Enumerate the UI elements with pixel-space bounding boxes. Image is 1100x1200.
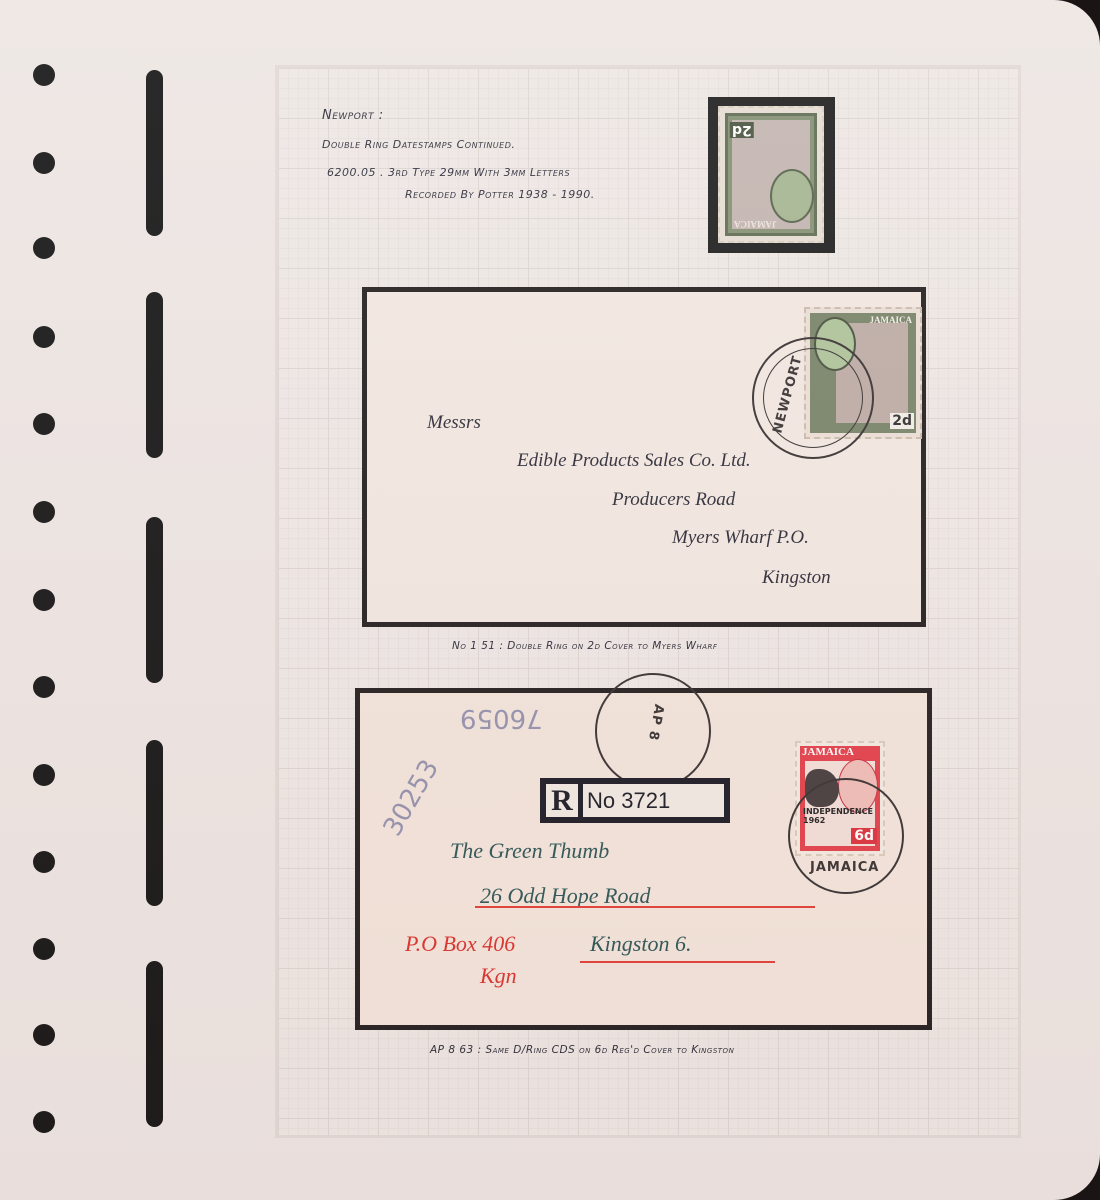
pencil-note: 30253 — [378, 755, 445, 842]
redirect-line: Kgn — [480, 963, 517, 989]
recorded-note: Recorded By Potter 1938 - 1990. — [405, 188, 595, 201]
binder-slot — [146, 517, 163, 683]
newport-postmark: NEWPORT — [752, 337, 874, 459]
cover-2-caption: AP 8 63 : Same D/Ring CDS on 6d Reg'd Co… — [430, 1044, 734, 1056]
loose-stamp-mount: 2d JAMAICA — [708, 97, 835, 253]
stamp-value: 2d — [730, 122, 754, 138]
reference-note: 6200.05 . 3rd Type 29mm With 3mm Letters — [327, 166, 570, 179]
binder-hole — [33, 413, 55, 435]
underline — [580, 961, 775, 963]
address-line: Edible Products Sales Co. Ltd. — [517, 450, 751, 472]
address-line: The Green Thumb — [450, 838, 609, 864]
cover-1: JAMAICA 2d NEWPORT Messrs Edible Product… — [362, 287, 926, 627]
stamp-country: JAMAICA — [734, 219, 777, 229]
binder-hole — [33, 589, 55, 611]
address-line: Myers Wharf P.O. — [672, 527, 809, 549]
address-line: Kingston — [762, 567, 831, 589]
cover-2: 30253 76059 AP 8 R No 3721 JAMAICA INDEP… — [355, 688, 932, 1030]
binder-hole — [33, 501, 55, 523]
binder-hole — [33, 938, 55, 960]
album-page: Newport : Double Ring Datestamps Continu… — [0, 0, 1100, 1200]
loose-stamp: 2d JAMAICA — [718, 106, 824, 243]
binder-hole — [33, 237, 55, 259]
top-postmark: AP 8 — [595, 673, 711, 789]
address-line: Producers Road — [612, 489, 735, 511]
binder-hole — [33, 152, 55, 174]
binder-hole — [33, 676, 55, 698]
cover-1-caption: No 1 51 : Double Ring on 2d Cover to Mye… — [452, 640, 717, 652]
registration-number: No 3721 — [583, 784, 724, 817]
binder-hole — [33, 326, 55, 348]
binder-hole — [33, 764, 55, 786]
binder-slot — [146, 70, 163, 236]
binder-hole — [33, 1024, 55, 1046]
address-line: Kingston 6. — [590, 931, 691, 957]
stamp-country: JAMAICA — [870, 315, 913, 325]
strikethrough — [475, 906, 815, 908]
binder-slot — [146, 740, 163, 906]
registration-letter: R — [546, 784, 578, 817]
envelope: JAMAICA 2d NEWPORT Messrs Edible Product… — [367, 292, 921, 622]
stamp-value: 2d — [890, 413, 914, 429]
binder-hole — [33, 64, 55, 86]
page-heading: Newport : — [322, 108, 384, 123]
jamaica-postmark: JAMAICA — [788, 778, 904, 894]
pencil-note: 76059 — [460, 703, 543, 733]
address-line: Messrs — [427, 412, 481, 434]
binder-hole — [33, 1111, 55, 1133]
envelope: 30253 76059 AP 8 R No 3721 JAMAICA INDEP… — [360, 693, 927, 1025]
king-portrait-icon — [770, 169, 814, 223]
stamp-country: JAMAICA — [802, 746, 854, 758]
registration-label: R No 3721 — [540, 778, 730, 823]
binder-hole — [33, 851, 55, 873]
page-subheading: Double Ring Datestamps Continued. — [322, 138, 515, 151]
redirect-line: P.O Box 406 — [405, 931, 515, 957]
binder-slot — [146, 292, 163, 458]
binder-slot — [146, 961, 163, 1127]
